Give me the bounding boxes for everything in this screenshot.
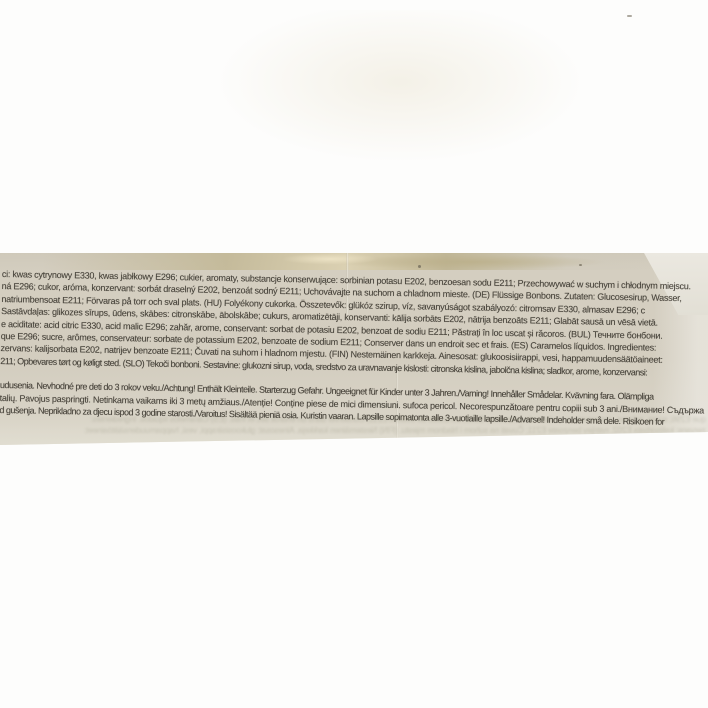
show-through-line: que E296; sucre, arômes, conservateur: s… — [0, 414, 706, 425]
dust-speck — [418, 265, 421, 268]
ingredients-text-block: ci: kwas cytrynowy E330, kwas jabłkowy E… — [0, 268, 706, 429]
photo-of-candy-label: ci: kwas cytrynowy E330, kwas jabłkowy E… — [0, 0, 708, 708]
show-through-line: zervans: kalijsorbata E202, natrijev ben… — [0, 425, 706, 436]
label-paper: ci: kwas cytrynowy E330, kwas jabłkowy E… — [0, 253, 708, 445]
dust-speck — [627, 15, 632, 17]
dust-speck — [579, 264, 582, 266]
show-through-text: que E296; sucre, arômes, conservateur: s… — [0, 414, 706, 436]
background-shadow — [200, 10, 600, 170]
paper-edge-highlight — [0, 253, 708, 270]
